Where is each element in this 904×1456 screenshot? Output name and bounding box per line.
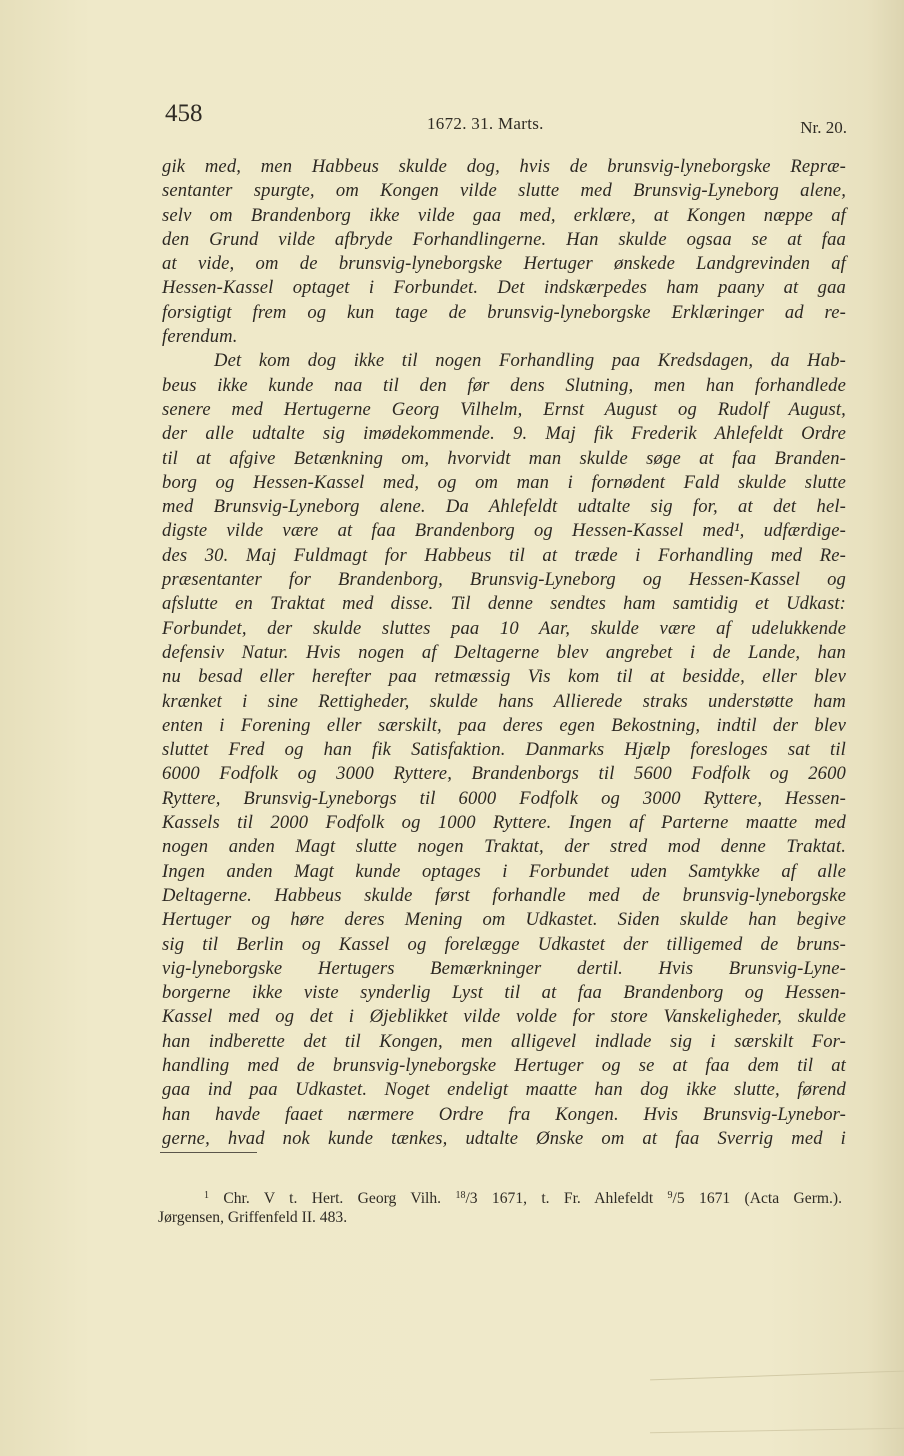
text-line: nogen anden Magt slutte nogen Traktat, d… xyxy=(162,835,846,859)
text-line: ferendum. xyxy=(162,325,846,349)
footnote-text: Chr. V t. Hert. Georg Vilh. xyxy=(223,1190,441,1207)
text-line: enten i Forening eller særskilt, paa der… xyxy=(162,714,846,738)
date-denominator: /5 xyxy=(673,1190,685,1207)
text-line: 6000 Fodfolk og 3000 Ryttere, Brandenbor… xyxy=(162,762,846,786)
text-line: nu besad eller herefter paa retmæssig Vi… xyxy=(162,665,846,689)
text-line: gerne, hvad nok kunde tænkes, udtalte Øn… xyxy=(162,1127,846,1151)
footnote-marker: 1 xyxy=(204,1190,209,1201)
text-line: præsentanter for Brandenborg, Brunsvig-L… xyxy=(162,568,846,592)
text-line: Ingen anden Magt kunde optages i Forbund… xyxy=(162,860,846,884)
text-line: sentanter spurgte, om Kongen vilde slutt… xyxy=(162,179,846,203)
footnote-divider xyxy=(160,1152,257,1153)
text-line: forsigtigt frem og kun tage de brunsvig-… xyxy=(162,301,846,325)
text-line: beus ikke kunde naa til den før dens Slu… xyxy=(162,374,846,398)
text-line: handling med de brunsvig-lyneborgske Her… xyxy=(162,1054,846,1078)
text-line: at vide, om de brunsvig-lyneborgske Hert… xyxy=(162,252,846,276)
page-number: 458 xyxy=(165,100,203,128)
text-line: borgerne ikke viste synderlig Lyst til a… xyxy=(162,981,846,1005)
text-line: digste vilde være at faa Brandenborg og … xyxy=(162,519,846,543)
page-fold-mark xyxy=(650,1428,904,1433)
text-line: selv om Brandenborg ikke vilde gaa med, … xyxy=(162,204,846,228)
text-line: sluttet Fred og han fik Satisfaktion. Da… xyxy=(162,738,846,762)
text-line: Hessen-Kassel optaget i Forbundet. Det i… xyxy=(162,276,846,300)
text-line: gik med, men Habbeus skulde dog, hvis de… xyxy=(162,155,846,179)
date-denominator: /3 xyxy=(465,1190,477,1207)
body-text: gik med, men Habbeus skulde dog, hvis de… xyxy=(162,155,846,1151)
paragraph-start: Det kom dog ikke til nogen Forhandling p… xyxy=(162,349,846,373)
footnote-text: 1671, t. Fr. Ahlefeldt xyxy=(492,1190,653,1207)
text-line: defensiv Natur. Hvis nogen af Deltagerne… xyxy=(162,641,846,665)
text-line: gaa ind paa Udkastet. Noget endeligt maa… xyxy=(162,1078,846,1102)
text-line: sig til Berlin og Kassel og forelægge Ud… xyxy=(162,933,846,957)
page-header: 458 1672. 31. Marts. Nr. 20. xyxy=(165,96,847,136)
footnote-line-1: 1 Chr. V t. Hert. Georg Vilh. 18/3 1671,… xyxy=(158,1185,842,1207)
footnote-text: 1671 (Acta Germ.). xyxy=(699,1190,842,1207)
text-line: Kassels til 2000 Fodfolk og 1000 Ryttere… xyxy=(162,811,846,835)
text-line: Kassel med og det i Øjeblikket vilde vol… xyxy=(162,1005,846,1029)
footnote-line-2: Jørgensen, Griffenfeld II. 483. xyxy=(158,1207,842,1229)
text-line: den Grund vilde afbryde Forhandlingerne.… xyxy=(162,228,846,252)
text-line: senere med Hertugerne Georg Vilhelm, Ern… xyxy=(162,398,846,422)
text-line: borg og Hessen-Kassel med, og om man i f… xyxy=(162,471,846,495)
text-line: med Brunsvig-Lyneborg alene. Da Ahlefeld… xyxy=(162,495,846,519)
text-line: han havde faaet nærmere Ordre fra Kongen… xyxy=(162,1103,846,1127)
text-line: afslutte en Traktat med disse. Til denne… xyxy=(162,592,846,616)
text-line: der alle udtalte sig imødekommende. 9. M… xyxy=(162,422,846,446)
text-line: Forbundet, der skulde sluttes paa 10 Aar… xyxy=(162,617,846,641)
text-line: vig-lyneborgske Hertugers Bemærkninger d… xyxy=(162,957,846,981)
text-line: Deltagerne. Habbeus skulde først forhand… xyxy=(162,884,846,908)
text-line: til at afgive Betænkning om, hvorvidt ma… xyxy=(162,447,846,471)
date-numerator: 18 xyxy=(455,1190,465,1201)
running-title: 1672. 31. Marts. xyxy=(427,114,544,134)
text-line: Ryttere, Brunsvig-Lyneborgs til 6000 Fod… xyxy=(162,787,846,811)
text-line: krænket i sine Rettigheder, skulde hans … xyxy=(162,690,846,714)
document-number: Nr. 20. xyxy=(800,118,847,138)
text-line: Hertuger og høre deres Mening om Udkaste… xyxy=(162,908,846,932)
text-line: des 30. Maj Fuldmagt for Habbeus til at … xyxy=(162,544,846,568)
text-line: han indberette det til Kongen, men allig… xyxy=(162,1030,846,1054)
page-fold-mark xyxy=(650,1371,904,1381)
footnote: 1 Chr. V t. Hert. Georg Vilh. 18/3 1671,… xyxy=(158,1185,842,1229)
